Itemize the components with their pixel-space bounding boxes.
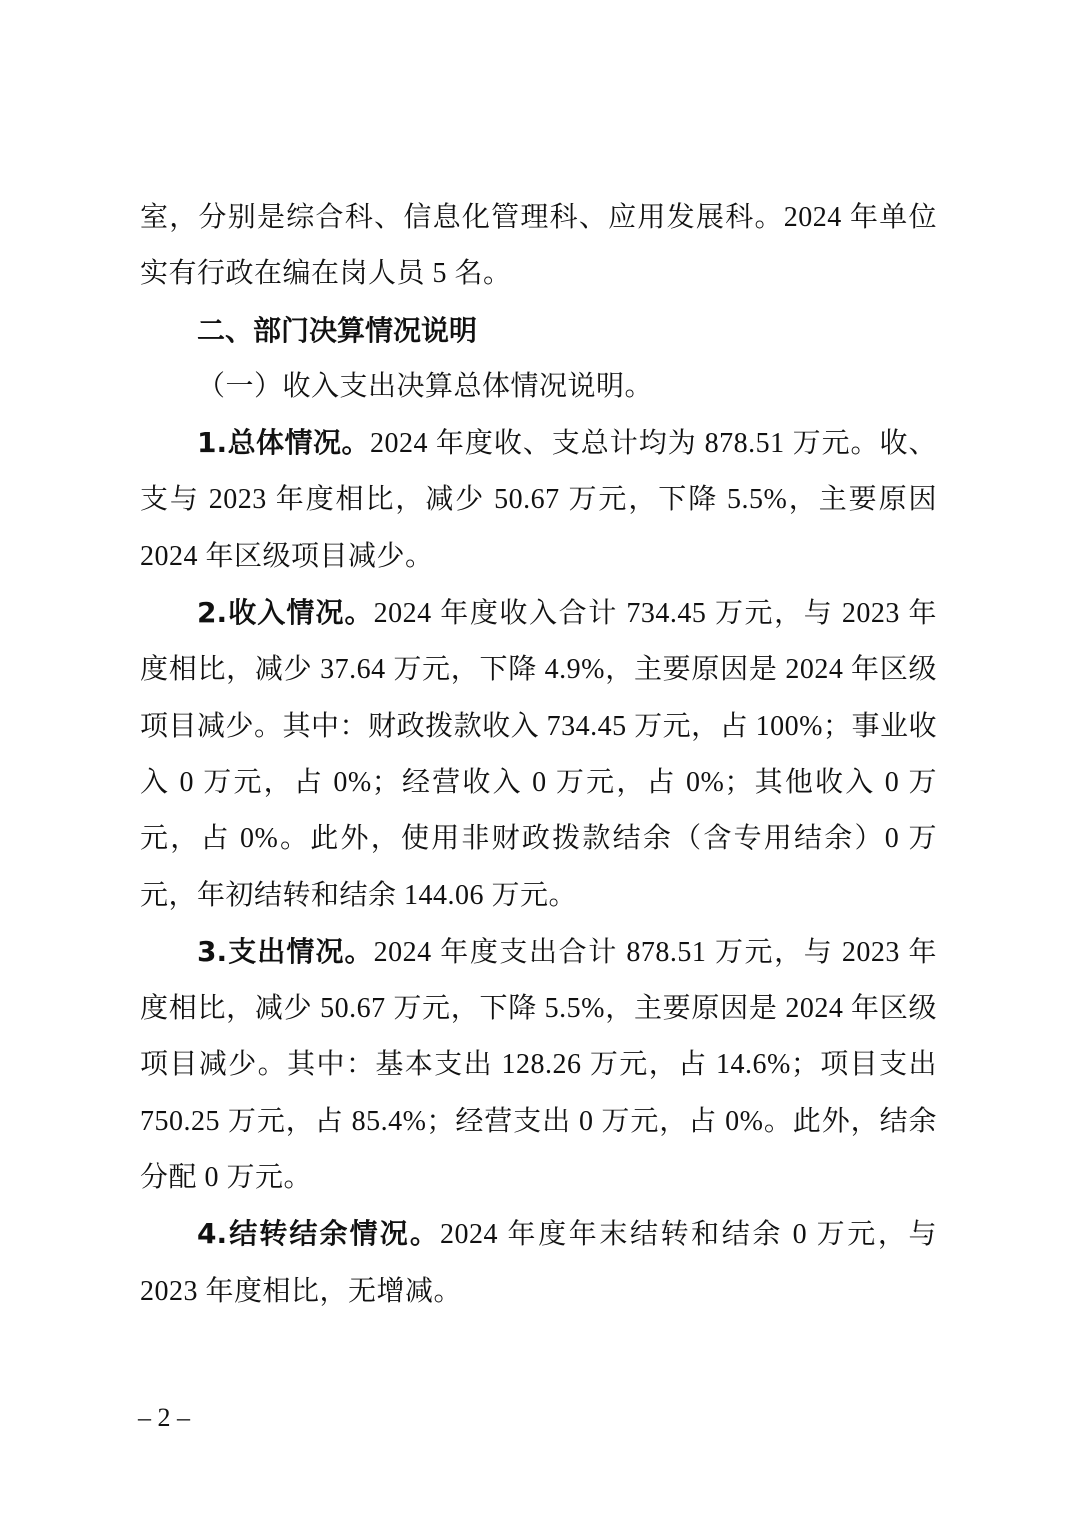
section-heading-budget-explanation: 二、部门决算情况说明 (140, 303, 937, 359)
page-number: – 2 – (138, 1403, 190, 1433)
item-text-expense: 2024 年度支出合计 878.51 万元，与 2023 年度相比，减少 50.… (140, 937, 937, 1193)
paragraph-carryover-balance: 4.结转结余情况。2024 年度年末结转和结余 0 万元，与 2023 年度相比… (140, 1206, 937, 1320)
paragraph-income-situation: 2.收入情况。2024 年度收入合计 734.45 万元，与 2023 年度相比… (140, 585, 937, 924)
paragraph-expense-situation: 3.支出情况。2024 年度支出合计 878.51 万元，与 2023 年度相比… (140, 924, 937, 1206)
item-text-income: 2024 年度收入合计 734.45 万元，与 2023 年度相比，减少 37.… (140, 598, 937, 910)
paragraph-overall-situation: 1.总体情况。2024 年度收、支总计均为 878.51 万元。收、支与 202… (140, 415, 937, 585)
item-lead-carryover: 4.结转结余情况。 (197, 1217, 440, 1250)
document-body: 室，分别是综合科、信息化管理科、应用发展科。2024 年单位实有行政在编在岗人员… (140, 190, 937, 1320)
subsection-heading-income-expense-overview: （一）收入支出决算总体情况说明。 (140, 359, 937, 415)
paragraph-staff-info: 室，分别是综合科、信息化管理科、应用发展科。2024 年单位实有行政在编在岗人员… (140, 190, 937, 303)
item-lead-expense: 3.支出情况。 (197, 935, 374, 968)
item-lead-income: 2.收入情况。 (197, 596, 374, 629)
item-lead-overall: 1.总体情况。 (197, 426, 370, 459)
